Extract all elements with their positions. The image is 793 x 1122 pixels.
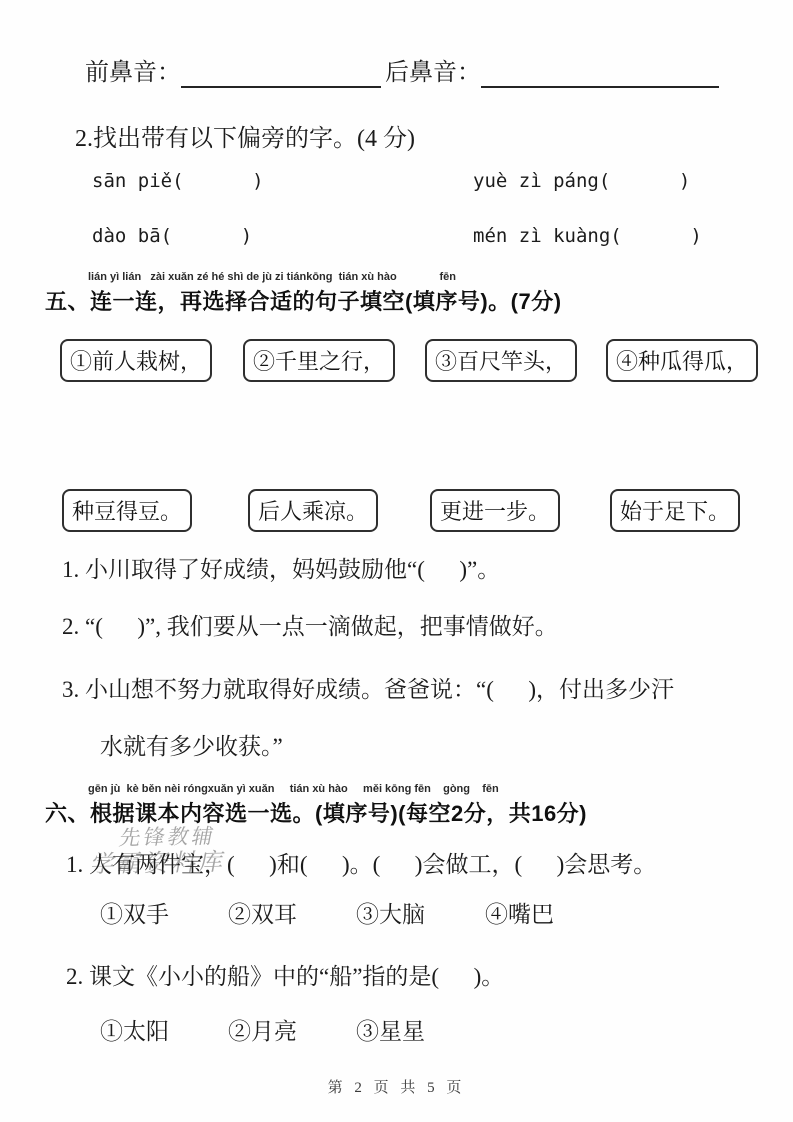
section5-pinyin: lián yì lián zài xuǎn zé hé shì de jù zi… [88, 271, 456, 283]
section5-question-2: 2. “( )”, 我们要从一点一滴做起，把事情做好。 [62, 613, 558, 642]
section6-question-1: 1. 人有两件宝，( )和( )。( )会做工，( )会思考。 [66, 851, 656, 880]
q1-option-1: ①双手 [100, 901, 169, 930]
back-nasal-label: 后鼻音： [385, 58, 481, 88]
section6-question-2: 2. 课文《小小的船》中的“船”指的是( )。 [66, 963, 504, 992]
nasal-fill-line: 前鼻音： 后鼻音： [85, 58, 719, 88]
back-nasal-blank [481, 60, 719, 88]
page-number: 第 2 页 共 5 页 [0, 1076, 793, 1097]
radical-item-yuezipang: yuè zì páng( ) [473, 170, 690, 192]
section5-question-3-line1: 3. 小山想不努力就取得好成绩。爸爸说：“( )，付出多少汗 [62, 676, 674, 705]
match-box-bottom-1: 种豆得豆。 [62, 489, 192, 532]
section6-pinyin: gēn jù kè běn nèi róngxuǎn yì xuǎn tián … [88, 783, 499, 795]
part2-heading: 2.找出带有以下偏旁的字。(4 分) [75, 124, 415, 154]
section5-question-3-line2: 水就有多少收获。” [100, 733, 283, 762]
q2-option-3: ③星星 [356, 1018, 425, 1047]
front-nasal-label: 前鼻音： [85, 58, 181, 88]
match-box-top-4: ④种瓜得瓜， [606, 339, 758, 382]
radical-item-daoba: dào bā( ) [92, 225, 252, 247]
q1-option-4: ④嘴巴 [485, 901, 554, 930]
radical-item-menzikuang: mén zì kuàng( ) [473, 225, 702, 247]
q2-option-1: ①太阳 [100, 1018, 169, 1047]
section5-question-1: 1. 小川取得了好成绩，妈妈鼓励他“( )”。 [62, 556, 500, 585]
match-box-bottom-4: 始于足下。 [610, 489, 740, 532]
section5-title: 五、连一连，再选择合适的句子填空(填序号)。(7分) [45, 285, 562, 316]
radical-item-sanpie: sān piě( ) [92, 170, 264, 192]
match-box-top-2: ②千里之行， [243, 339, 395, 382]
match-box-top-3: ③百尺竿头， [425, 339, 577, 382]
exam-worksheet-page: 前鼻音： 后鼻音： 2.找出带有以下偏旁的字。(4 分) sān piě( ) … [0, 0, 793, 1122]
q1-option-2: ②双耳 [228, 901, 297, 930]
match-box-bottom-3: 更进一步。 [430, 489, 560, 532]
front-nasal-blank [181, 60, 381, 88]
match-box-top-1: ①前人栽树， [60, 339, 212, 382]
q2-option-2: ②月亮 [228, 1018, 297, 1047]
match-box-bottom-2: 后人乘凉。 [248, 489, 378, 532]
q1-option-3: ③大脑 [356, 901, 425, 930]
